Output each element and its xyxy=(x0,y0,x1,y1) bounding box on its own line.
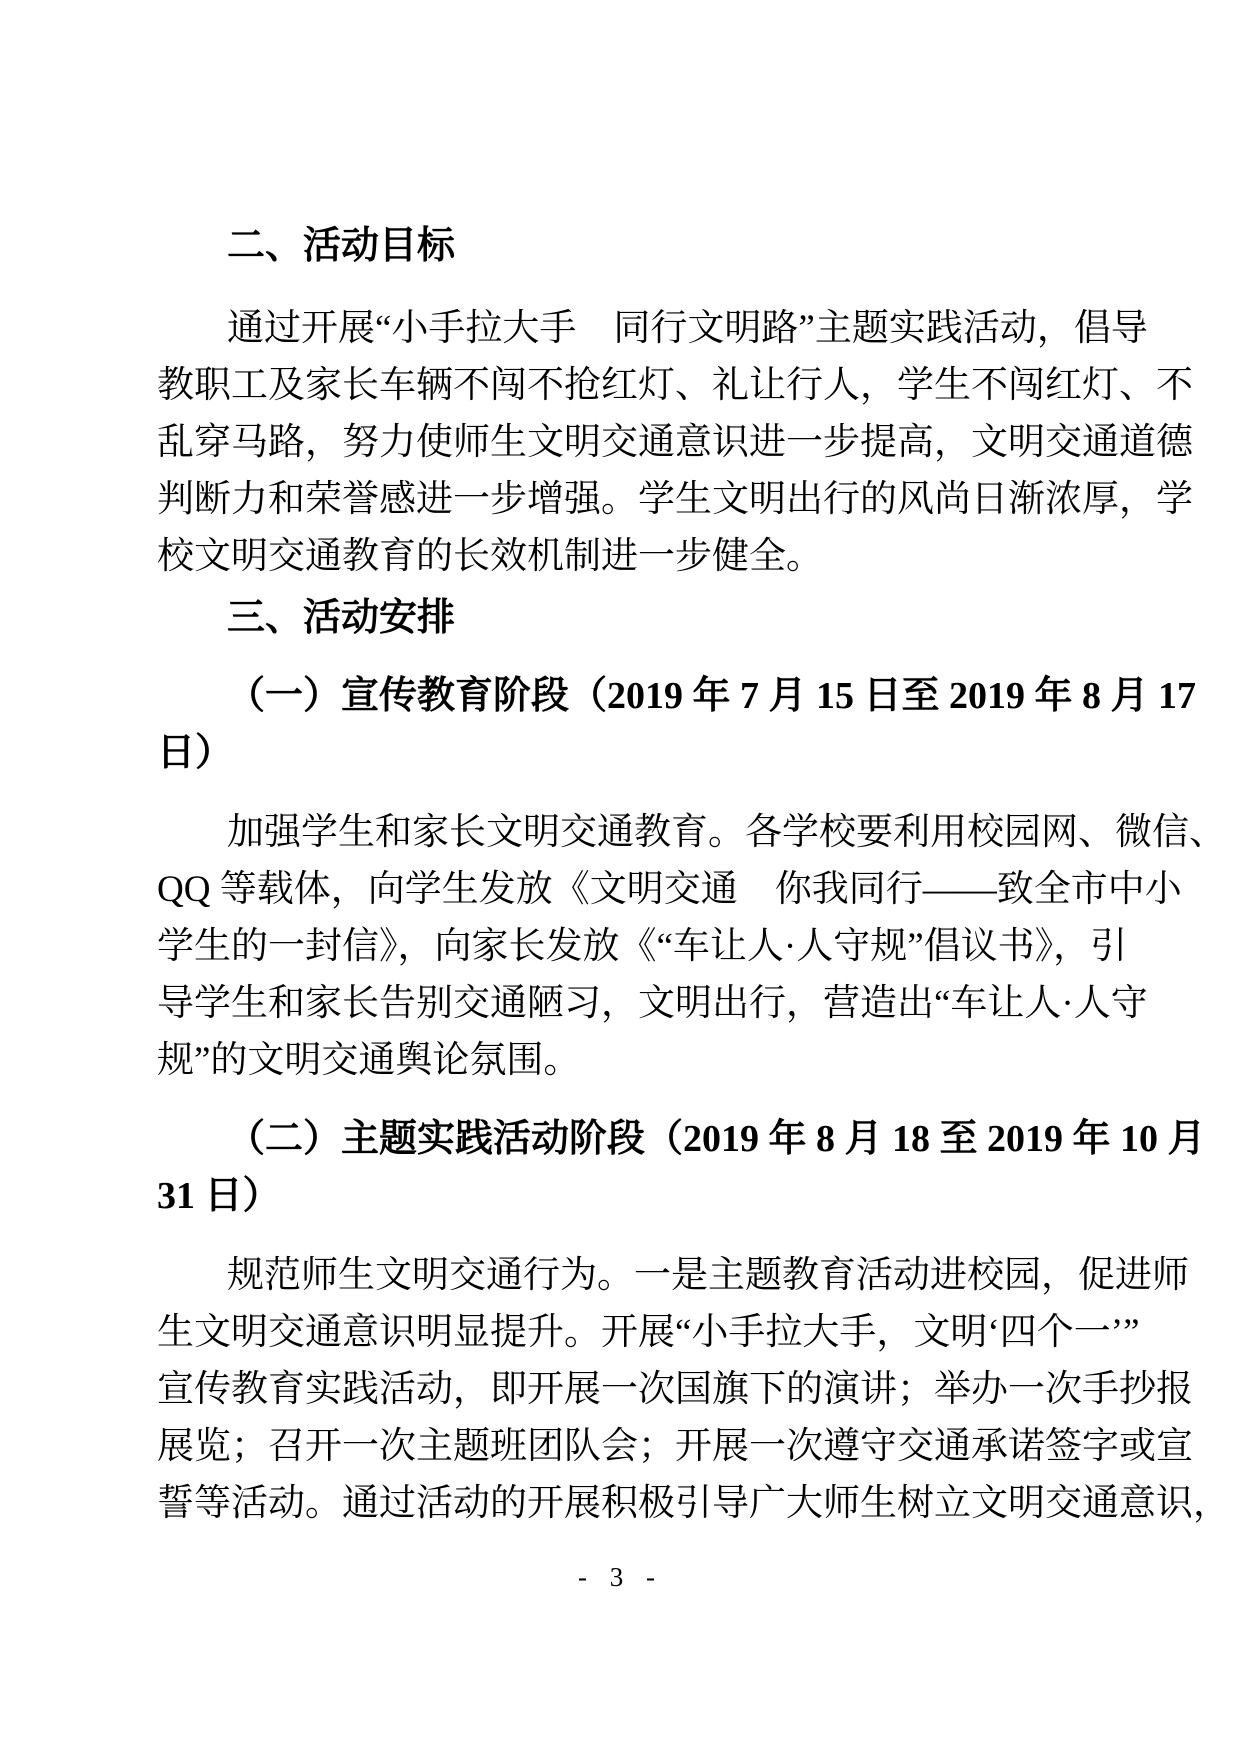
paragraph-line: 誓等活动。通过活动的开展积极引导广大师生树立文明交通意识， xyxy=(157,1475,1093,1532)
paragraph-line: 生文明交通意识明显提升。开展“小手拉大手，文明‘四个一’” xyxy=(157,1304,1093,1361)
paragraph-line: 展览；召开一次主题班团队会；开展一次遵守交通承诺签字或宣 xyxy=(157,1418,1093,1475)
paragraph-line: 规范师生文明交通行为。一是主题教育活动进校园，促进师 xyxy=(157,1247,1093,1304)
document-content: 二、活动目标 通过开展“小手拉大手 同行文明路”主题实践活动，倡导 教职工及家长… xyxy=(157,0,1093,1532)
paragraph-activity-goals: 通过开展“小手拉大手 同行文明路”主题实践活动，倡导 教职工及家长车辆不闯不抢红… xyxy=(157,300,1093,585)
subheading-line: （二）主题实践活动阶段（2019 年 8 月 18 至 2019 年 10 月 xyxy=(157,1111,1093,1168)
subheading-stage-2-practice: （二）主题实践活动阶段（2019 年 8 月 18 至 2019 年 10 月 … xyxy=(157,1111,1093,1225)
paragraph-line: 导学生和家长告别交通陋习，文明出行，营造出“车让人·人守 xyxy=(157,975,1093,1032)
paragraph-line: 通过开展“小手拉大手 同行文明路”主题实践活动，倡导 xyxy=(157,300,1093,357)
subheading-line: （一）宣传教育阶段（2019 年 7 月 15 日至 2019 年 8 月 17 xyxy=(157,668,1093,725)
paragraph-stage-2-details: 规范师生文明交通行为。一是主题教育活动进校园，促进师 生文明交通意识明显提升。开… xyxy=(157,1247,1093,1532)
paragraph-stage-1-details: 加强学生和家长文明交通教育。各学校要利用校园网、微信、 QQ 等载体，向学生发放… xyxy=(157,804,1093,1089)
paragraph-line: 教职工及家长车辆不闯不抢红灯、礼让行人，学生不闯红灯、不 xyxy=(157,357,1093,414)
paragraph-line: QQ 等载体，向学生发放《文明交通 你我同行——致全市中小 xyxy=(157,861,1093,918)
paragraph-line: 学生的一封信》，向家长发放《“车让人·人守规”倡议书》，引 xyxy=(157,918,1093,975)
section-heading-activity-arrangement: 三、活动安排 xyxy=(157,590,1093,647)
paragraph-line: 判断力和荣誉感进一步增强。学生文明出行的风尚日渐浓厚，学 xyxy=(157,471,1093,528)
subheading-stage-1-publicity: （一）宣传教育阶段（2019 年 7 月 15 日至 2019 年 8 月 17… xyxy=(157,668,1093,782)
paragraph-line: 乱穿马路，努力使师生文明交通意识进一步提高，文明交通道德 xyxy=(157,414,1093,471)
document-page: 二、活动目标 通过开展“小手拉大手 同行文明路”主题实践活动，倡导 教职工及家长… xyxy=(0,0,1241,1754)
page-number: - 3 - xyxy=(0,1562,1241,1592)
paragraph-line: 宣传教育实践活动，即开展一次国旗下的演讲；举办一次手抄报 xyxy=(157,1361,1093,1418)
subheading-line: 日） xyxy=(157,725,1093,782)
subheading-line: 31 日） xyxy=(157,1168,1093,1225)
section-heading-activity-goals: 二、活动目标 xyxy=(157,218,1093,275)
paragraph-line: 加强学生和家长文明交通教育。各学校要利用校园网、微信、 xyxy=(157,804,1093,861)
paragraph-line: 校文明交通教育的长效机制进一步健全。 xyxy=(157,528,1093,585)
paragraph-line: 规”的文明交通舆论氛围。 xyxy=(157,1032,1093,1089)
